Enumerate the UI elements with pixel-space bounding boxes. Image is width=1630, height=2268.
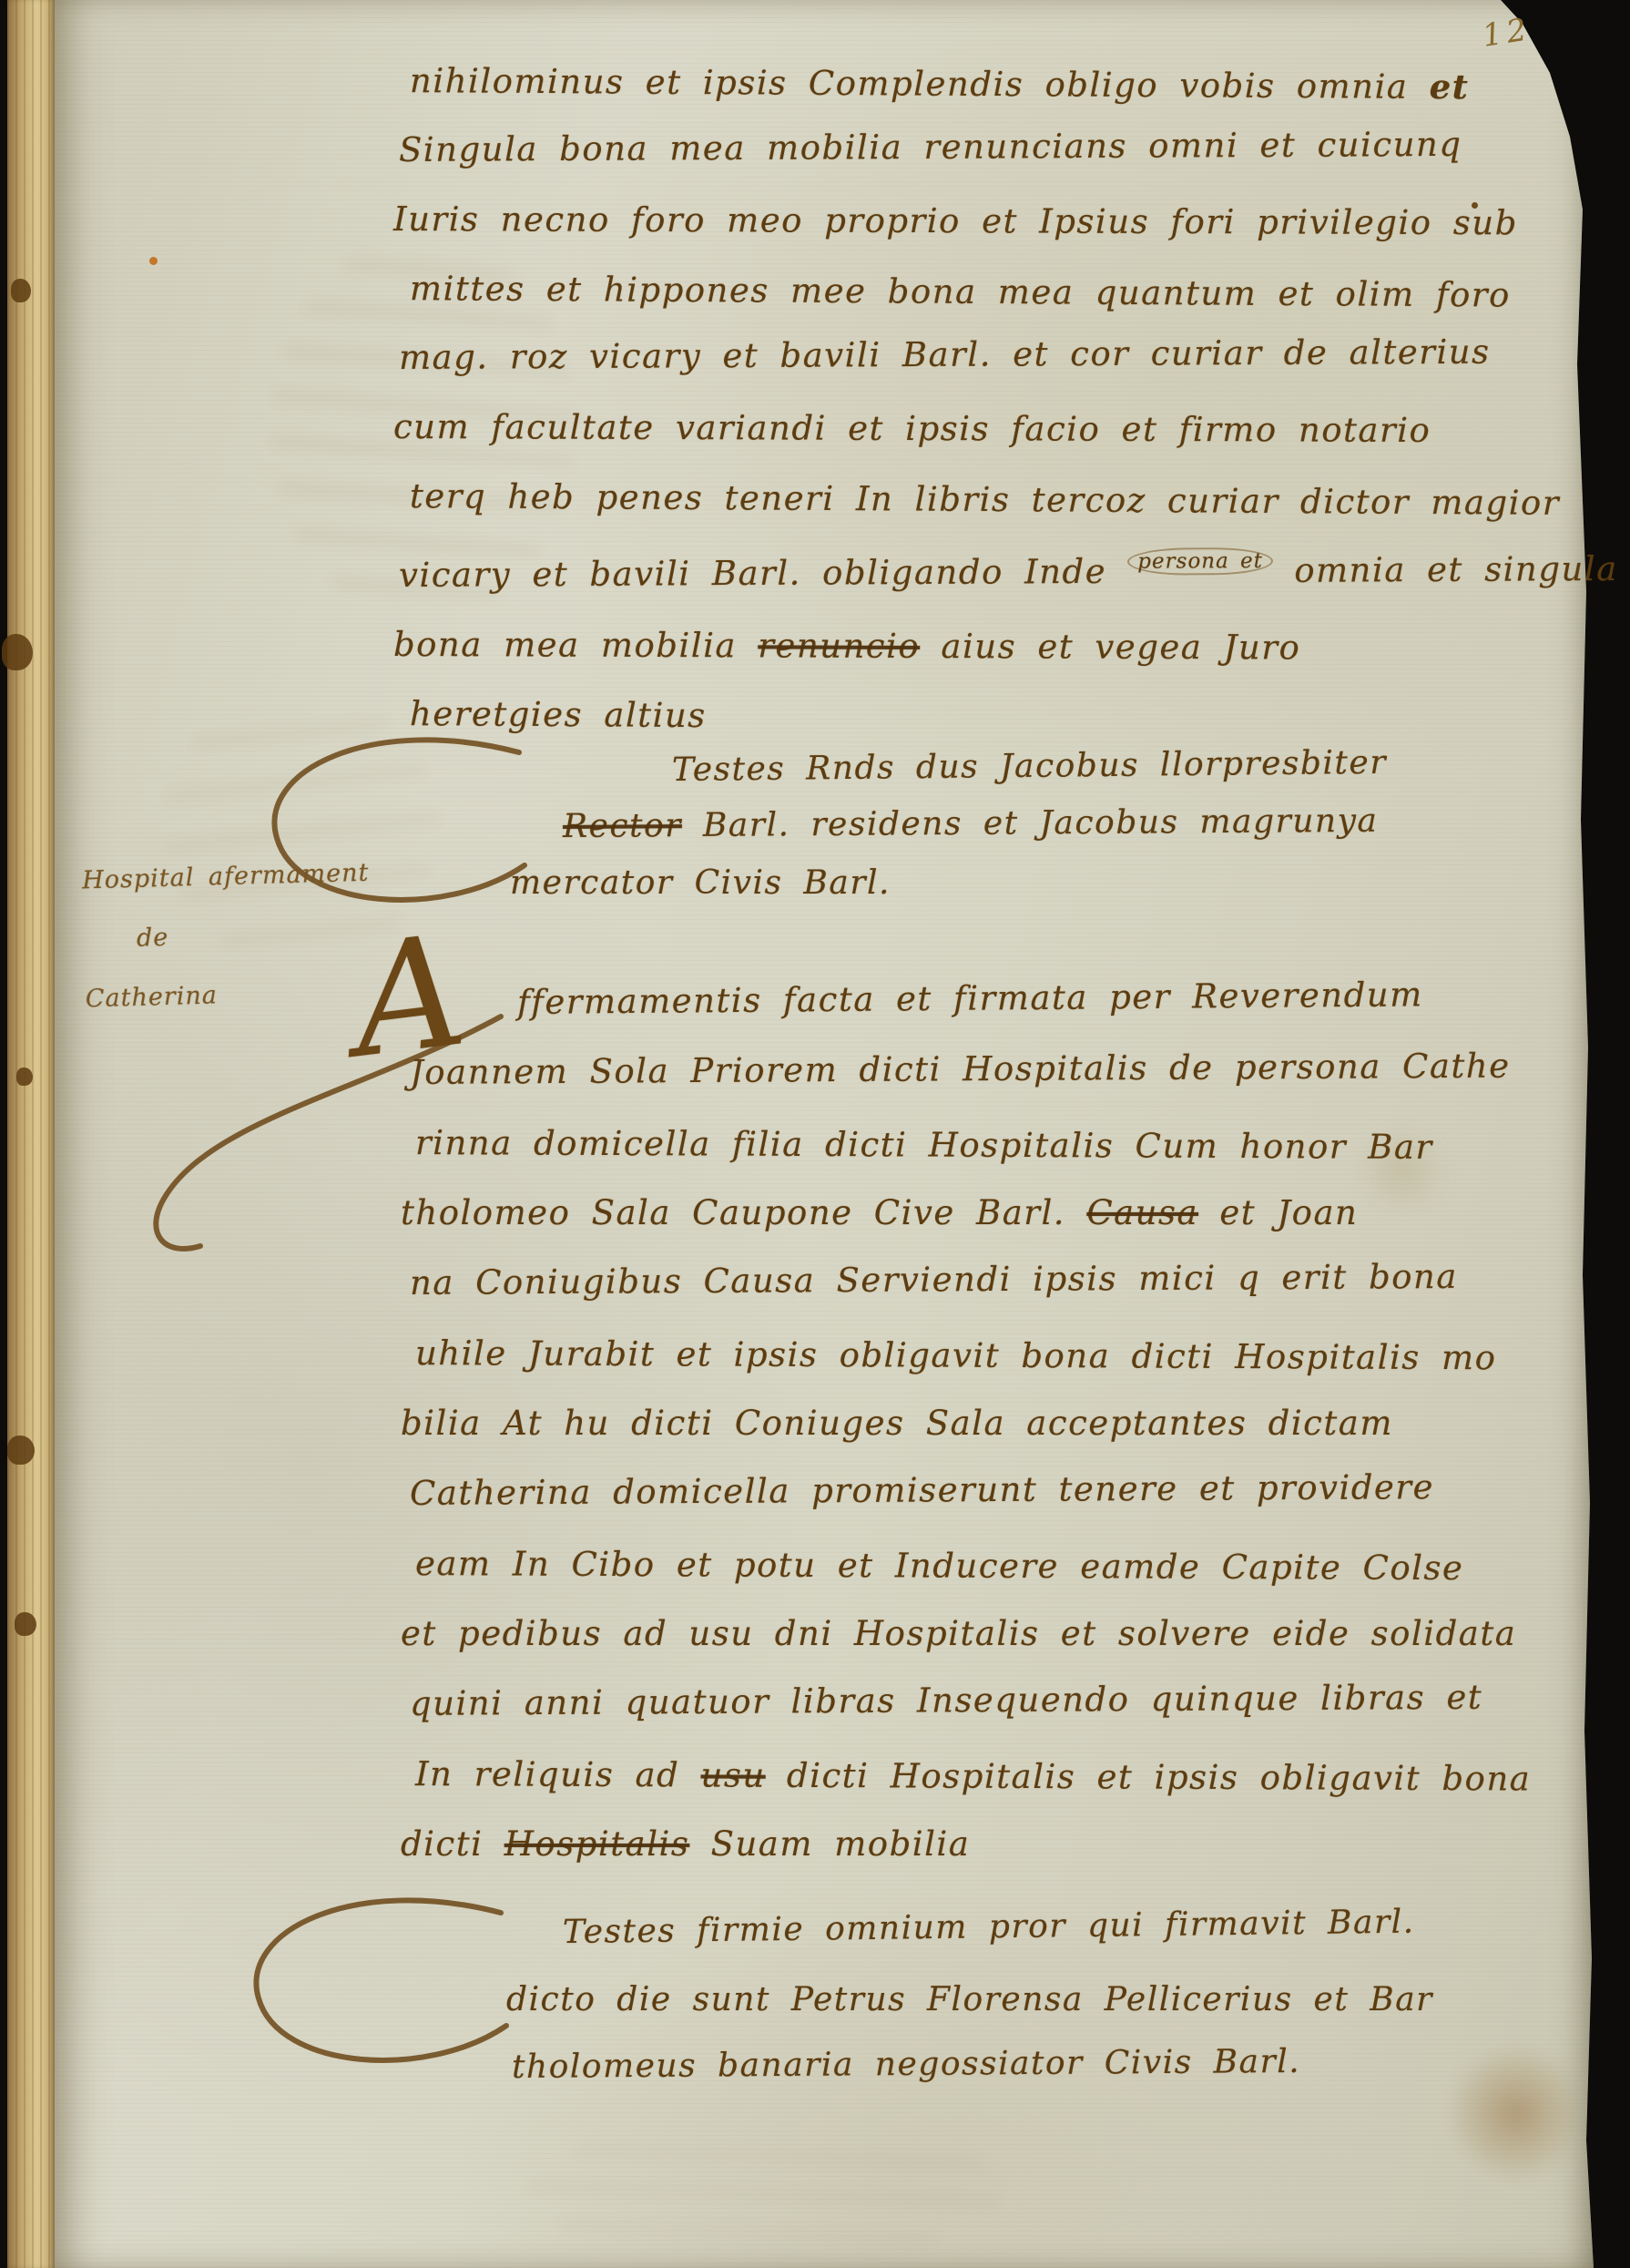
- manuscript-line: Testes firmie omnium pror qui firmavit B…: [563, 1888, 1434, 1967]
- witness-list-first-act: Testes Rnds dus Jacobus llorpresbiterRec…: [510, 742, 1387, 912]
- handwritten-text: terq heb penes teneri In libris tercoz c…: [410, 476, 1560, 523]
- ink-blob: [15, 1612, 36, 1636]
- handwritten-text: In reliquis ad: [415, 1754, 701, 1794]
- handwritten-text: na Coniugibus Causa Serviendi ipsis mici…: [410, 1257, 1458, 1303]
- handwritten-text: uhile Jurabit et ipsis obligavit bona di…: [415, 1333, 1497, 1377]
- manuscript-line: dicti Hospitalis Suam mobilia: [401, 1809, 1516, 1879]
- ink-blob: [2, 634, 33, 670]
- handwritten-text: Iuris necno foro meo proprio et Ipsius f…: [393, 199, 1518, 242]
- book-binding-edge: [7, 0, 55, 2268]
- handwritten-text: de: [137, 924, 169, 953]
- manuscript-line: na Coniugibus Causa Serviendi ipsis mici…: [410, 1241, 1526, 1317]
- manuscript-line: mag. roz vicary et bavili Barl. et cor c…: [399, 317, 1618, 393]
- handwritten-text: eam In Cibo et potu et Inducere eamde Ca…: [415, 1544, 1464, 1588]
- ink-blob: [11, 279, 31, 302]
- handwritten-text: Catherina domicella promiserunt tenere e…: [410, 1467, 1434, 1513]
- manuscript-line: de: [136, 903, 372, 968]
- handwritten-text: mittes et hippones mee bona mea quantum …: [410, 269, 1511, 314]
- manuscript-line: Catherina domicella promiserunt tenere e…: [410, 1451, 1526, 1527]
- manuscript-line: ffermamentis facta et firmata per Revere…: [517, 958, 1517, 1037]
- handwritten-text: quini anni quatuor libras Insequendo qui…: [410, 1678, 1482, 1723]
- struck-out-text: renuncio: [758, 626, 920, 666]
- manuscript-line: Singula bona mea mobilia renuncians omni…: [399, 109, 1618, 185]
- ink-blob: [16, 1068, 33, 1086]
- handwritten-text: tholomeus banaria negossiator Civis Barl…: [512, 2043, 1300, 2086]
- manuscript-line: vicary et bavili Barl. obligando Inde pe…: [399, 525, 1618, 610]
- manuscript-line: Rector Barl. residens et Jacobus magruny…: [563, 793, 1387, 855]
- handwritten-text: et: [1430, 66, 1470, 107]
- handwritten-text: bilia At hu dicti Coniuges Sala acceptan…: [401, 1404, 1393, 1443]
- manuscript-line: Joannem Sola Priorem dicti Hospitalis de…: [410, 1030, 1526, 1107]
- handwritten-text: aius et vegea Juro: [920, 627, 1300, 667]
- manuscript-line: cum facultate variandi et ipsis facio et…: [393, 393, 1613, 466]
- struck-out-text: Causa: [1086, 1193, 1198, 1232]
- manuscript-line: Testes Rnds dus Jacobus llorpresbiter: [672, 735, 1388, 799]
- handwritten-text: Joannem Sola Priorem dicti Hospitalis de…: [410, 1047, 1511, 1092]
- handwritten-text: ffermamentis facta et firmata per Revere…: [517, 975, 1423, 1022]
- handwritten-text: Barl. residens et Jacobus magrunya: [682, 802, 1379, 844]
- handwritten-text: Singula bona mea mobilia renuncians omni…: [399, 125, 1462, 169]
- manuscript-line: uhile Jurabit et ipsis obligavit bona di…: [415, 1318, 1532, 1393]
- manuscript-line: bilia At hu dicti Coniuges Sala acceptan…: [401, 1388, 1516, 1458]
- handwritten-text: dicti: [401, 1824, 504, 1864]
- handwritten-text: Testes firmie omnium pror qui firmavit B…: [563, 1904, 1415, 1951]
- manuscript-line: et pedibus ad usu dni Hospitalis et solv…: [401, 1599, 1516, 1669]
- struck-out-text: Hospitalis: [504, 1824, 690, 1864]
- manuscript-line: In reliquis ad usu dicti Hospitalis et i…: [415, 1739, 1532, 1813]
- manuscript-line: eam In Cibo et potu et Inducere eamde Ca…: [415, 1528, 1532, 1603]
- manuscript-line: dicto die sunt Petrus Florensa Pelliceri…: [506, 1967, 1433, 2034]
- handwritten-text: et Joan: [1198, 1193, 1358, 1232]
- handwritten-text: nihilominus et ipsis Complendis obligo v…: [410, 61, 1430, 107]
- paragraph-afermament-act: ffermamentis facta et firmata per Revere…: [401, 967, 1516, 1879]
- handwritten-text: mag. roz vicary et bavili Barl. et cor c…: [399, 332, 1491, 377]
- handwritten-text: vicary et bavili Barl. obligando Inde: [399, 552, 1128, 595]
- manuscript-line: Iuris necno foro meo proprio et Ipsius f…: [393, 185, 1613, 259]
- handwritten-text: rinna domicella filia dicti Hospitalis C…: [415, 1123, 1433, 1167]
- manuscript-line: tholomeo Sala Caupone Cive Barl. Causa e…: [401, 1178, 1516, 1248]
- paragraph-obligation-clause: nihilominus et ipsis Complendis obligo v…: [393, 46, 1613, 749]
- handwritten-text: Testes Rnds dus Jacobus llorpresbiter: [672, 744, 1387, 789]
- handwritten-text: cum facultate variandi et ipsis facio et…: [393, 407, 1431, 450]
- manuscript-scan: 12 nihilominus et ipsis Complendis oblig…: [0, 0, 1630, 2268]
- ink-blob: [7, 1435, 35, 1465]
- handwritten-text: tholomeo Sala Caupone Cive Barl.: [401, 1193, 1086, 1232]
- struck-out-text: Rector: [563, 807, 682, 845]
- handwritten-text: dicti Hospitalis et ipsis obligavit bona: [766, 1756, 1532, 1799]
- manuscript-line: Hospital afermament: [81, 843, 370, 911]
- testes-bracket-flourish: [226, 1887, 517, 2097]
- handwritten-text: et pedibus ad usu dni Hospitalis et solv…: [401, 1614, 1516, 1653]
- struck-out-text: usu: [700, 1755, 765, 1794]
- witness-list-second-act: Testes firmie omnium pror qui firmavit B…: [506, 1899, 1433, 2101]
- handwritten-text: Suam mobilia: [689, 1824, 970, 1864]
- manuscript-line: bona mea mobilia renuncio aius et vegea …: [393, 610, 1613, 684]
- manuscript-line: mercator Civis Barl.: [510, 855, 1387, 912]
- paper-stain: [1448, 2040, 1584, 2186]
- handwritten-text: mercator Civis Barl.: [510, 864, 891, 902]
- manuscript-line: tholomeus banaria negossiator Civis Barl…: [512, 2028, 1433, 2101]
- interlinear-insertion: persona et: [1127, 547, 1273, 576]
- manuscript-line: quini anni quatuor libras Insequendo qui…: [410, 1661, 1526, 1738]
- paper-stain: [149, 257, 158, 265]
- handwritten-text: Hospital afermament: [82, 859, 370, 895]
- show-through-ghost-text: [528, 2122, 1002, 2259]
- handwritten-text: bona mea mobilia: [393, 625, 758, 665]
- handwritten-text: dicto die sunt Petrus Florensa Pelliceri…: [506, 1981, 1433, 2018]
- handwritten-text: omnia et singula: [1273, 549, 1618, 590]
- manuscript-line: rinna domicella filia dicti Hospitalis C…: [415, 1108, 1532, 1182]
